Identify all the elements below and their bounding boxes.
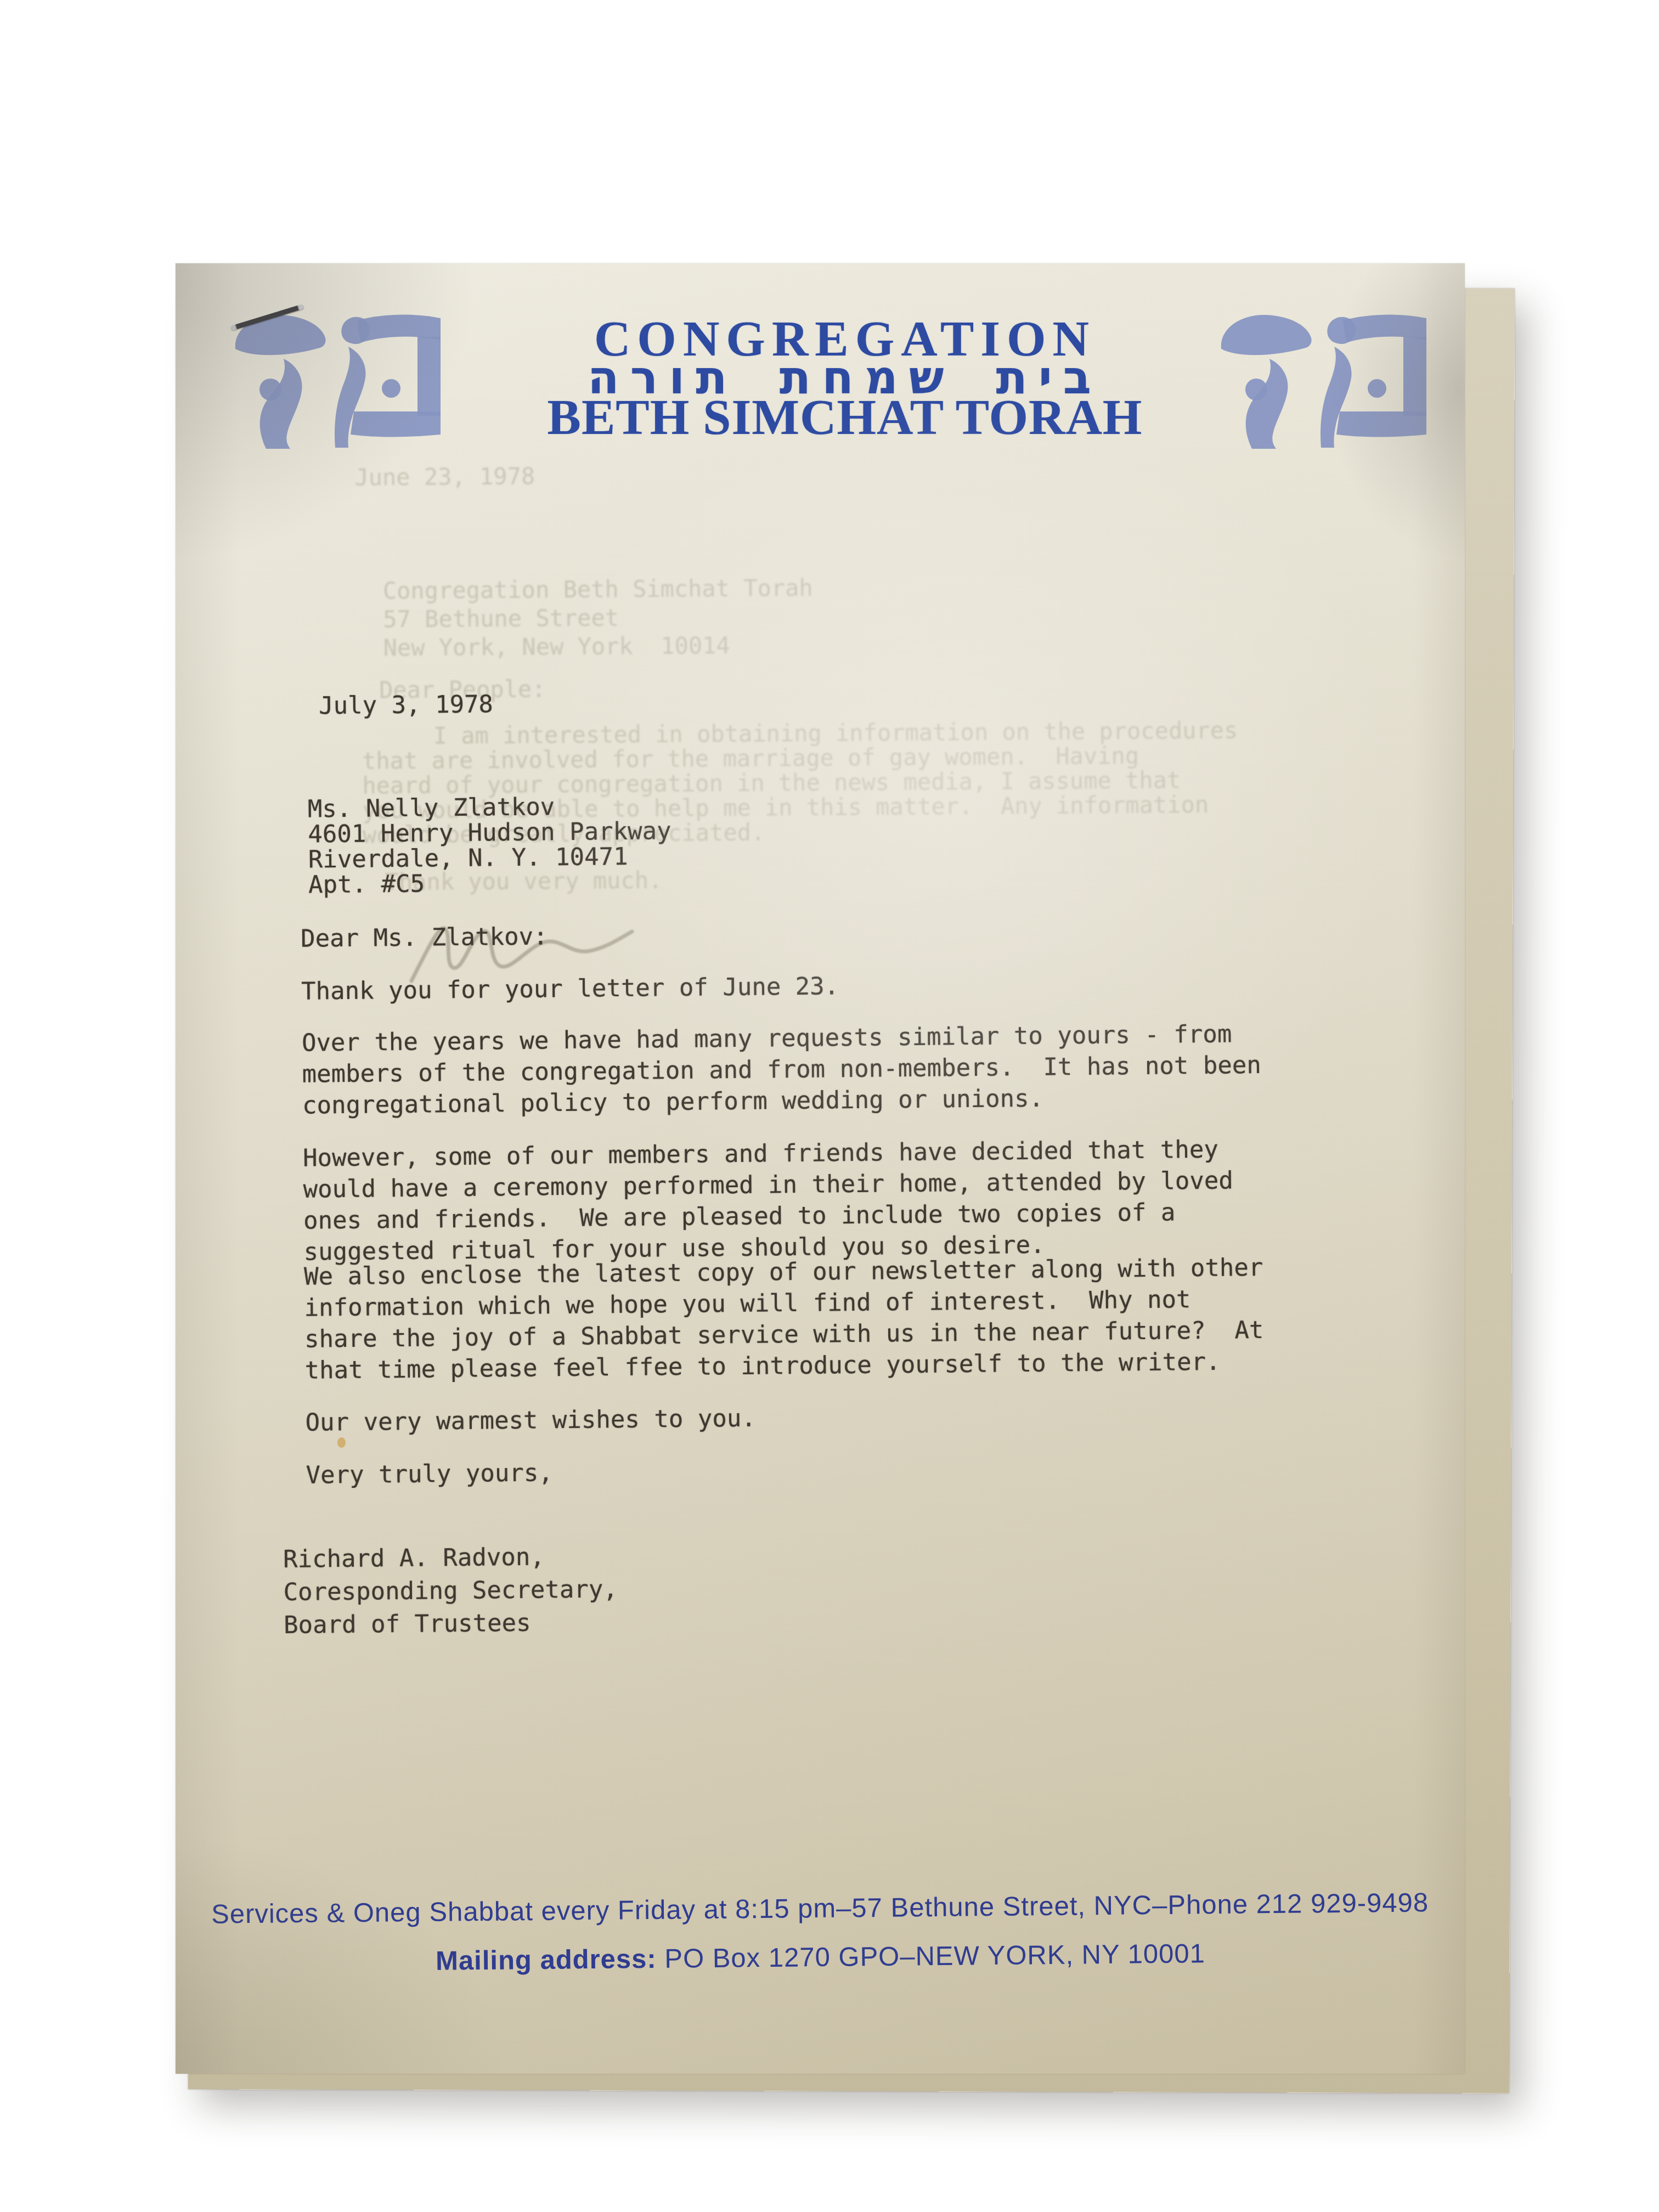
paragraph-ceremony: However, some of our members and friends… (303, 1132, 1346, 1267)
footer-mailing-address: PO Box 1270 GPO–NEW YORK, NY 10001 (656, 1939, 1205, 1974)
salutation: Dear Ms. Zlatkov: (301, 913, 1343, 954)
photo-background: CONGREGATION בית שמחת תורה BETH SIMCHAT … (0, 0, 1659, 2212)
typed-letter: July 3, 1978 Ms. Nelly Zlatkov 4601 Henr… (171, 252, 1477, 2075)
signature-block: Richard A. Radvon, Coresponding Secretar… (283, 1533, 1327, 1642)
letter-date: July 3, 1978 (319, 680, 1361, 721)
paragraph-wishes: Our very warmest wishes to you. (305, 1397, 1347, 1438)
letterhead-footer: Services & Oneg Shabbat every Friday at … (175, 1886, 1465, 1980)
paragraph-thanks: Thank you for your letter of June 23. (301, 966, 1344, 1007)
paragraph-policy: Over the years we have had many requests… (302, 1017, 1345, 1121)
paragraph-newsletter: We also enclose the latest copy of our n… (304, 1251, 1347, 1386)
letter-page: CONGREGATION בית שמחת תורה BETH SIMCHAT … (176, 263, 1465, 2074)
recipient-address: Ms. Nelly Zlatkov 4601 Henry Hudson Park… (308, 787, 1351, 898)
footer-mailing-label: Mailing address: (436, 1944, 657, 1976)
closing: Very truly yours, (306, 1449, 1348, 1491)
